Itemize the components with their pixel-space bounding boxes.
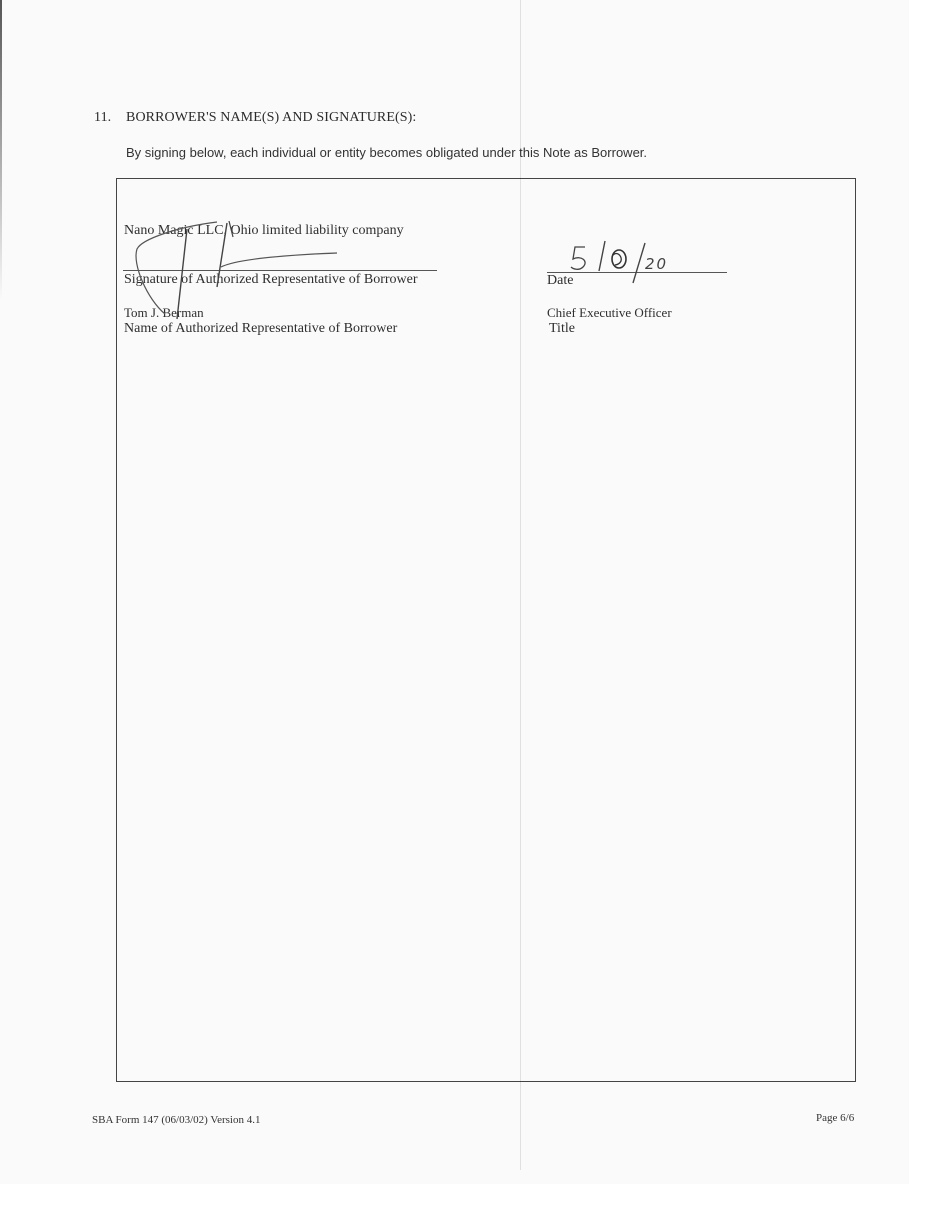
section-number: 11.: [94, 110, 126, 126]
title-label: Title: [549, 321, 575, 337]
signature-box: Nano Magic LLC, Ohio limited liability c…: [116, 178, 856, 1082]
scan-edge-shadow: [0, 0, 2, 300]
handwritten-year: 20: [645, 255, 668, 273]
page-number: Page 6/6: [816, 1112, 854, 1124]
form-identifier: SBA Form 147 (06/03/02) Version 4.1: [92, 1114, 260, 1126]
section-title: BORROWER'S NAME(S) AND SIGNATURE(S):: [126, 110, 416, 125]
section-heading: 11.BORROWER'S NAME(S) AND SIGNATURE(S):: [94, 110, 416, 126]
handwritten-signature: [117, 179, 457, 329]
title-value: Chief Executive Officer: [547, 305, 672, 321]
scan-fold-line: [520, 0, 521, 1170]
section-intro: By signing below, each individual or ent…: [126, 145, 647, 160]
